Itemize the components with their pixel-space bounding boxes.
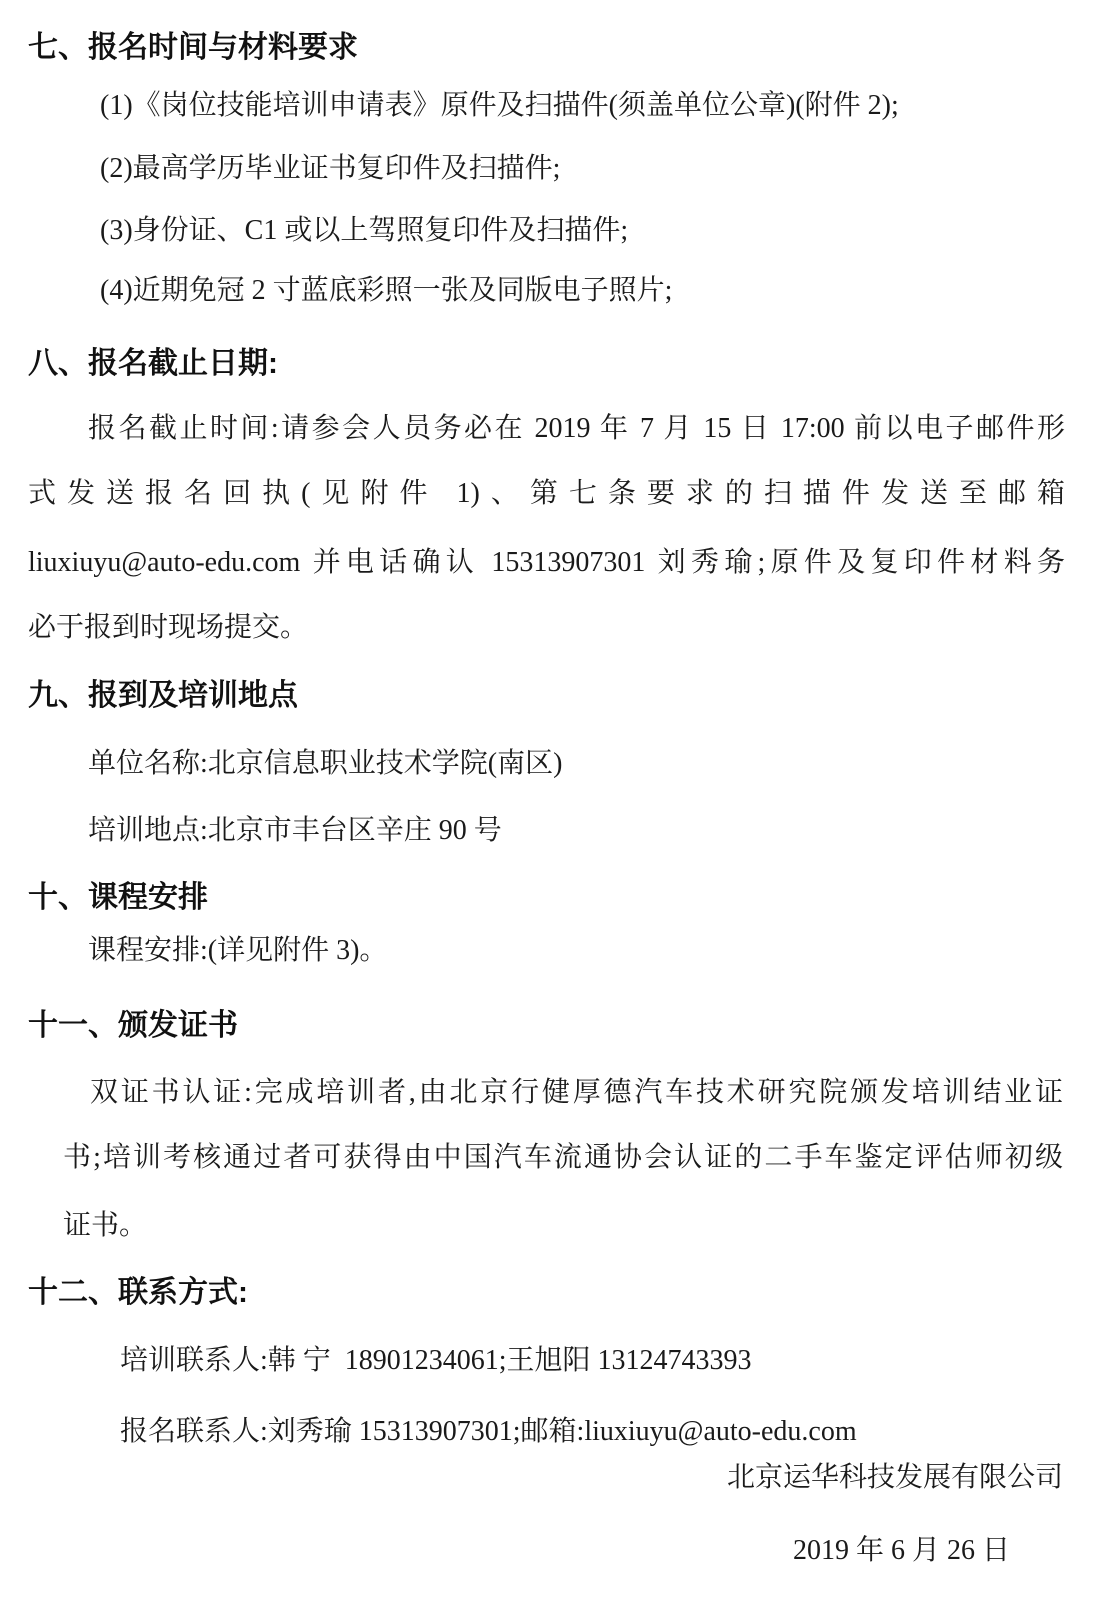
section8-paragraph-line-2: 式发送报名回执(见附件 1)、第七条要求的扫描件发送至邮箱	[28, 477, 1065, 511]
section11-paragraph-line-2: 书;培训考核通过者可获得由中国汽车流通协会认证的二手车鉴定评估师初级	[63, 1141, 1063, 1175]
document-page: 七、报名时间与材料要求 (1)《岗位技能培训申请表》原件及扫描件(须盖单位公章)…	[0, 0, 1095, 1600]
section8-paragraph-line-4: 必于报到时现场提交。	[28, 611, 308, 645]
section12-registration-contact-line: 报名联系人:刘秀瑜 15313907301;邮箱:liuxiuyu@auto-e…	[120, 1415, 857, 1449]
section8-paragraph-line-3: liuxiuyu@auto-edu.com 并电话确认 15313907301 …	[28, 546, 1065, 580]
signature-date: 2019 年 6 月 26 日	[0, 1534, 1010, 1568]
section10-heading: 十、课程安排	[28, 881, 208, 916]
section9-location-line: 培训地点:北京市丰台区辛庄 90 号	[88, 814, 502, 848]
section9-heading: 九、报到及培训地点	[28, 679, 298, 714]
section7-item-3: (3)身份证、C1 或以上驾照复印件及扫描件;	[100, 214, 628, 248]
section11-paragraph-line-1: 双证书认证:完成培训者,由北京行健厚德汽车技术研究院颁发培训结业证	[90, 1076, 1063, 1110]
section7-item-1: (1)《岗位技能培训申请表》原件及扫描件(须盖单位公章)(附件 2);	[100, 89, 899, 123]
signature-company: 北京运华科技发展有限公司	[0, 1461, 1063, 1495]
section8-paragraph-line-1: 报名截止时间:请参会人员务必在 2019 年 7 月 15 日 17:00 前以…	[88, 412, 1065, 446]
section9-unit-line: 单位名称:北京信息职业技术学院(南区)	[88, 747, 562, 781]
section7-heading: 七、报名时间与材料要求	[28, 31, 358, 66]
section12-training-contact-line: 培训联系人:韩 宁 18901234061;王旭阳 13124743393	[120, 1344, 752, 1378]
section11-heading: 十一、颁发证书	[28, 1009, 238, 1044]
section11-paragraph-line-3: 证书。	[63, 1209, 147, 1243]
section7-item-4: (4)近期免冠 2 寸蓝底彩照一张及同版电子照片;	[100, 274, 672, 308]
section8-heading: 八、报名截止日期:	[28, 347, 278, 382]
section7-item-2: (2)最高学历毕业证书复印件及扫描件;	[100, 152, 560, 186]
section12-heading: 十二、联系方式:	[28, 1276, 248, 1311]
section10-schedule-line: 课程安排:(详见附件 3)。	[88, 934, 387, 968]
